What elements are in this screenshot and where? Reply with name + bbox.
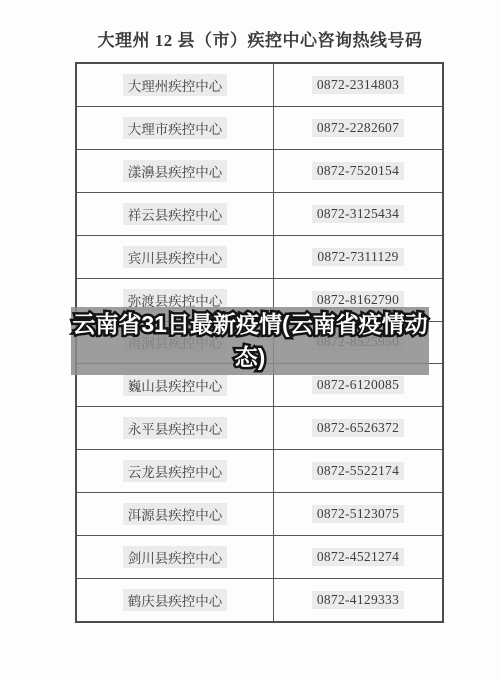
center-name-cell: 祥云县疾控中心 xyxy=(77,193,274,235)
phone-number: 0872-8162790 xyxy=(312,291,404,309)
phone-number: 0872-5123075 xyxy=(312,505,404,523)
table-row: 剑川县疾控中心 0872-4521274 xyxy=(77,536,442,579)
table-row: 宾川县疾控中心 0872-7311129 xyxy=(77,236,442,279)
center-name-cell: 鹤庆县疾控中心 xyxy=(77,579,274,621)
center-name-cell: 剑川县疾控中心 xyxy=(77,536,274,578)
overlay-headline-banner: 云南省31日最新疫情(云南省疫情动态) 云南省31日最新疫情(云南省疫情动态) xyxy=(71,307,429,375)
table-row: 漾濞县疾控中心 0872-7520154 xyxy=(77,150,442,193)
phone-cell: 0872-4129333 xyxy=(274,579,442,621)
phone-cell: 0872-5522174 xyxy=(274,450,442,492)
center-name: 漾濞县疾控中心 xyxy=(123,160,228,182)
center-name-cell: 大理州疾控中心 xyxy=(77,64,274,106)
center-name: 大理市疾控中心 xyxy=(123,117,228,139)
table-row: 云龙县疾控中心 0872-5522174 xyxy=(77,450,442,493)
phone-number: 0872-5522174 xyxy=(312,462,404,480)
table-row: 永平县疾控中心 0872-6526372 xyxy=(77,407,442,450)
phone-number: 0872-6526372 xyxy=(312,419,404,437)
phone-cell: 0872-5123075 xyxy=(274,493,442,535)
phone-number: 0872-3125434 xyxy=(312,205,404,223)
center-name-cell: 大理市疾控中心 xyxy=(77,107,274,149)
center-name: 巍山县疾控中心 xyxy=(123,374,228,396)
center-name: 宾川县疾控中心 xyxy=(123,246,228,268)
center-name-cell: 洱源县疾控中心 xyxy=(77,493,274,535)
overlay-headline: 云南省31日最新疫情(云南省疫情动态) xyxy=(71,308,429,373)
phone-cell: 0872-7520154 xyxy=(274,150,442,192)
center-name: 鹤庆县疾控中心 xyxy=(123,589,228,611)
phone-number: 0872-4129333 xyxy=(312,591,404,609)
phone-cell: 0872-2282607 xyxy=(274,107,442,149)
table-row: 大理市疾控中心 0872-2282607 xyxy=(77,107,442,150)
table-row: 祥云县疾控中心 0872-3125434 xyxy=(77,193,442,236)
table-row: 鹤庆县疾控中心 0872-4129333 xyxy=(77,579,442,621)
center-name-cell: 云龙县疾控中心 xyxy=(77,450,274,492)
center-name: 洱源县疾控中心 xyxy=(123,503,228,525)
center-name: 云龙县疾控中心 xyxy=(123,460,228,482)
center-name: 祥云县疾控中心 xyxy=(123,203,228,225)
phone-cell: 0872-2314803 xyxy=(274,64,442,106)
phone-cell: 0872-4521274 xyxy=(274,536,442,578)
phone-number: 0872-4521274 xyxy=(312,548,404,566)
center-name: 永平县疾控中心 xyxy=(123,417,228,439)
phone-number: 0872-2314803 xyxy=(312,76,404,94)
center-name-cell: 漾濞县疾控中心 xyxy=(77,150,274,192)
phone-cell: 0872-6526372 xyxy=(274,407,442,449)
phone-number: 0872-7311129 xyxy=(312,248,403,266)
phone-number: 0872-2282607 xyxy=(312,119,404,137)
center-name-cell: 永平县疾控中心 xyxy=(77,407,274,449)
page: 大理州 12 县（市）疾控中心咨询热线号码 大理州疾控中心 0872-23148… xyxy=(0,0,500,680)
center-name: 剑川县疾控中心 xyxy=(123,546,228,568)
table-row: 洱源县疾控中心 0872-5123075 xyxy=(77,493,442,536)
phone-cell: 0872-3125434 xyxy=(274,193,442,235)
center-name: 大理州疾控中心 xyxy=(123,74,228,96)
table-row: 大理州疾控中心 0872-2314803 xyxy=(77,64,442,107)
phone-number: 0872-6120085 xyxy=(312,376,404,394)
center-name-cell: 宾川县疾控中心 xyxy=(77,236,274,278)
phone-cell: 0872-7311129 xyxy=(274,236,442,278)
phone-number: 0872-7520154 xyxy=(312,162,404,180)
page-title: 大理州 12 县（市）疾控中心咨询热线号码 xyxy=(60,26,460,51)
